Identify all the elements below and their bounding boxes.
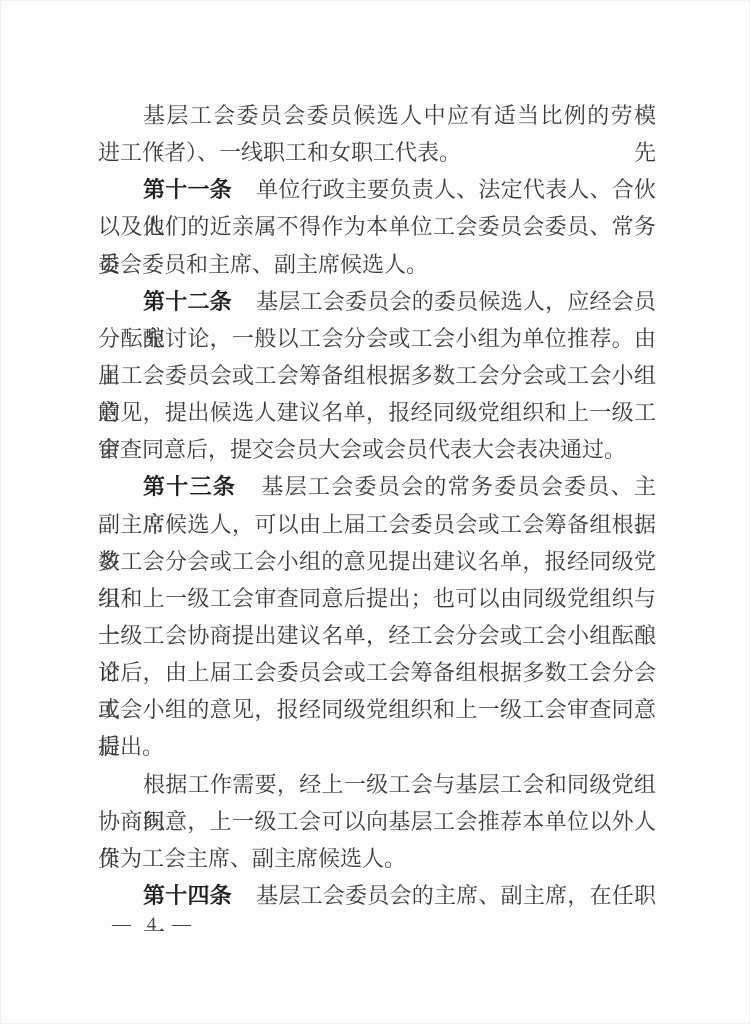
text-line: 第十四条基层工会委员会的主席、副主席，在任职一 (98, 877, 656, 914)
text-run: 提出。 (98, 734, 164, 759)
text-run: 作为工会主席、副主席候选人。 (98, 846, 406, 871)
text-line: 织和上一级工会审查同意后提出；也可以由同级党组织与上 (98, 580, 656, 617)
text-line: 作为工会主席、副主席候选人。 (98, 840, 656, 877)
text-run: 审查同意后，提交会员大会或会员代表大会表决通过。 (98, 437, 626, 462)
text-line: 届工会委员会或工会筹备组根据多数工会分会或工会小组的 (98, 357, 656, 394)
heading-gap (236, 493, 260, 494)
text-line: 数工会分会或工会小组的意见提出建议名单，报经同级党组 (98, 543, 656, 580)
text-line: 审查同意后，提交会员大会或会员代表大会表决通过。 (98, 431, 656, 468)
text-line: 根据工作需要，经上一级工会与基层工会和同级党组织 (98, 766, 656, 803)
text-line: 一级工会协商提出建议名单，经工会分会或工会小组酝酿讨 (98, 617, 656, 654)
heading-gap (232, 902, 256, 903)
text-line: 工会小组的意见，报经同级党组织和上一级工会审查同意后 (98, 691, 656, 728)
document-lines: 基层工会委员会委员候选人中应有适当比例的劳模（先进工作者）、一线职工和女职工代表… (98, 97, 656, 914)
text-line: 论后，由上届工会委员会或工会筹备组根据多数工会分会或 (98, 654, 656, 691)
text-line: 以及他们的近亲属不得作为本单位工会委员会委员、常务委 (98, 208, 656, 245)
article-number: 第十一条 (143, 177, 232, 202)
heading-gap (232, 308, 256, 309)
heading-gap (232, 196, 256, 197)
text-line: 第十一条单位行政主要负责人、法定代表人、合伙人 (98, 171, 656, 208)
text-line: 第十三条基层工会委员会的常务委员会委员、主席、 (98, 468, 656, 505)
text-line: 第十二条基层工会委员会的委员候选人，应经会员充 (98, 283, 656, 320)
text-line: 分酝酿讨论，一般以工会分会或工会小组为单位推荐。由上 (98, 320, 656, 357)
text-line: 协商同意，上一级工会可以向基层工会推荐本单位以外人员 (98, 803, 656, 840)
document-page: 基层工会委员会委员候选人中应有适当比例的劳模（先进工作者）、一线职工和女职工代表… (0, 0, 750, 1024)
text-line: 副主席候选人，可以由上届工会委员会或工会筹备组根据多 (98, 506, 656, 543)
text-line: 意见，提出候选人建议名单，报经同级党组织和上一级工会 (98, 394, 656, 431)
text-line: 提出。 (98, 728, 656, 765)
article-number: 第十四条 (143, 883, 232, 908)
text-run: 进工作者）、一线职工和女职工代表。 (98, 140, 461, 165)
page-number: — 4 — (112, 914, 192, 936)
text-run: 员会委员和主席、副主席候选人。 (98, 252, 428, 277)
text-line: 基层工会委员会委员候选人中应有适当比例的劳模（先 (98, 97, 656, 134)
text-line: 员会委员和主席、副主席候选人。 (98, 246, 656, 283)
article-number: 第十三条 (143, 474, 236, 499)
article-number: 第十二条 (143, 289, 232, 314)
